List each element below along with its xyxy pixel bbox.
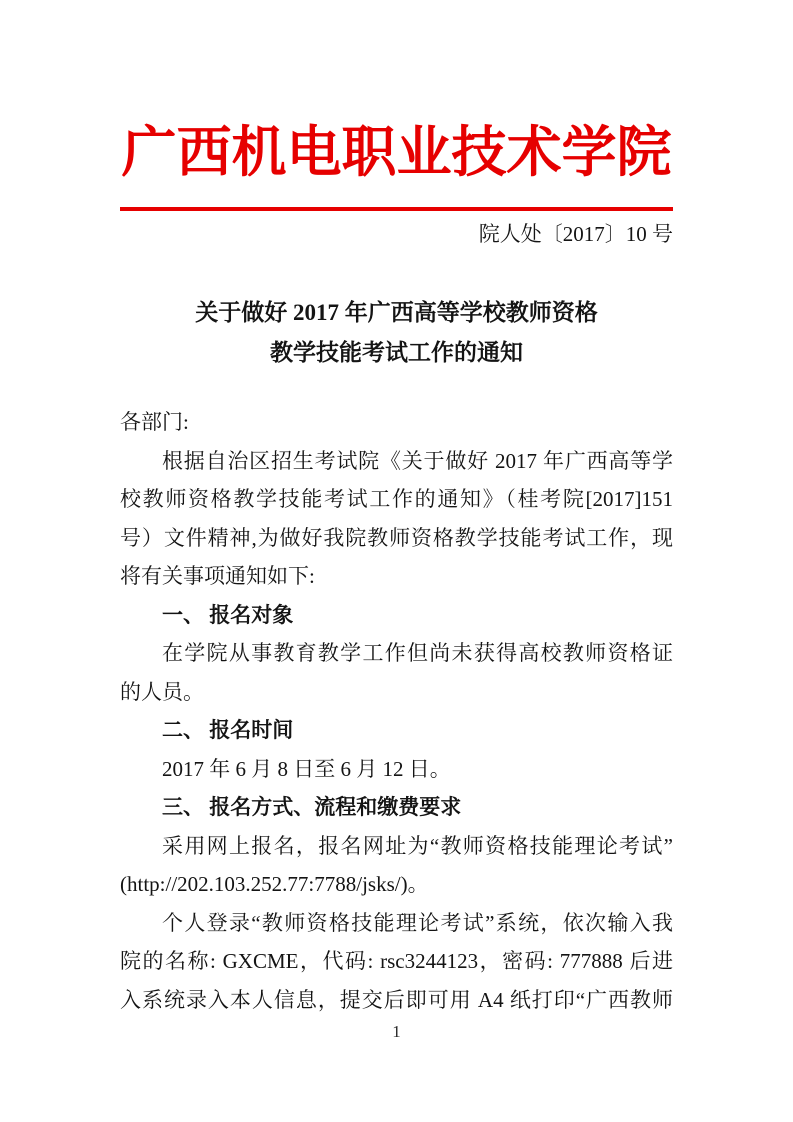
body-line: 号）文件精神,为做好我院教师资格教学技能考试工作，现 xyxy=(120,519,673,558)
body-line: 三、 报名方式、流程和缴费要求 xyxy=(120,788,673,827)
notice-title-line2: 教学技能考试工作的通知 xyxy=(120,333,673,373)
body-line: 采用网上报名，报名网址为“教师资格技能理论考试” xyxy=(120,827,673,866)
red-header-divider xyxy=(120,207,673,211)
body-line: 2017 年 6 月 8 日至 6 月 12 日。 xyxy=(120,750,673,789)
notice-title: 关于做好 2017 年广西高等学校教师资格 教学技能考试工作的通知 xyxy=(120,293,673,373)
body-line: 的人员。 xyxy=(120,673,673,712)
body-lines: 各部门:根据自治区招生考试院《关于做好 2017 年广西高等学校教师资格教学技能… xyxy=(120,403,673,1019)
page-number: 1 xyxy=(0,1022,793,1042)
document-page: 广西机电职业技术学院 院人处〔2017〕10 号 关于做好 2017 年广西高等… xyxy=(0,0,793,1122)
body-line: 各部门: xyxy=(120,403,673,442)
document-number: 院人处〔2017〕10 号 xyxy=(120,220,673,248)
body-line: 院的名称: GXCME，代码: rsc3244123，密码: 777888 后进 xyxy=(120,942,673,981)
body-line: 将有关事项通知如下: xyxy=(120,557,673,596)
body-line: 校教师资格教学技能考试工作的通知》（桂考院[2017]151 xyxy=(120,480,673,519)
issuing-org-title: 广西机电职业技术学院 xyxy=(120,124,673,182)
notice-title-line1: 关于做好 2017 年广西高等学校教师资格 xyxy=(120,293,673,333)
body-line: 个人登录“教师资格技能理论考试”系统，依次输入我 xyxy=(120,904,673,943)
body-line: 入系统录入本人信息，提交后即可用 A4 纸打印“广西教师 xyxy=(120,981,673,1020)
body-line: 一、 报名对象 xyxy=(120,596,673,635)
body-line: 根据自治区招生考试院《关于做好 2017 年广西高等学 xyxy=(120,442,673,481)
body-line: (http://202.103.252.77:7788/jsks/)。 xyxy=(120,865,673,904)
body-line: 在学院从事教育教学工作但尚未获得高校教师资格证 xyxy=(120,634,673,673)
body-line: 二、 报名时间 xyxy=(120,711,673,750)
